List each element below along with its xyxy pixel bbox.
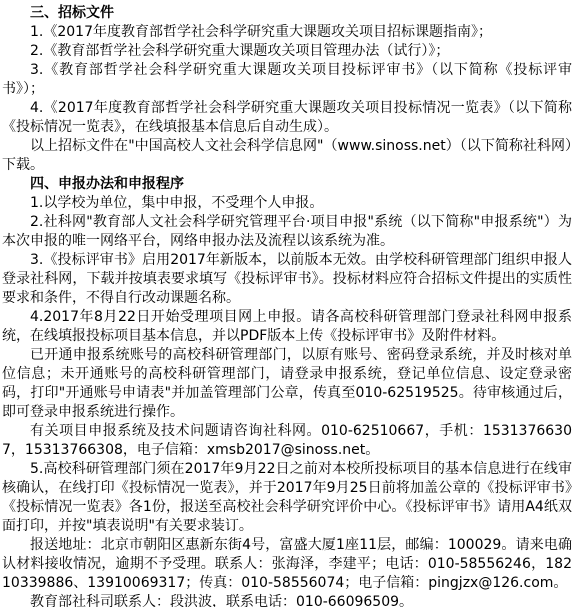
section-heading: 四、申报办法和申报程序 [2,175,572,194]
paragraph: 报送地址：北京市朝阳区惠新东街4号，富盛大厦1座11层，邮编：100029。请来… [2,536,572,593]
paragraph: 有关项目申报系统及技术问题请咨询社科网。010-62510667，手机：1531… [2,422,572,460]
paragraph: 教育部社科司联系人：段洪波，联系电话：010-66096509。 [2,593,572,607]
paragraph: 4.2017年8月22日开始受理项目网上申报。请各高校科研管理部门登录社科网申报… [2,308,572,346]
paragraph: 4.《2017年度教育部哲学社会科学研究重大课题攻关项目投标情况一览表》（以下简… [2,99,572,137]
paragraph: 以上招标文件在"中国高校人文社会科学信息网"（www.sinoss.net）（以… [2,137,572,175]
paragraph: 1.以学校为单位，集中申报，不受理个人申报。 [2,194,572,213]
paragraph: 已开通申报系统账号的高校科研管理部门，以原有账号、密码登录系统，并及时核对单位信… [2,346,572,422]
paragraph: 2.《教育部哲学社会科学研究重大课题攻关项目管理办法（试行）》； [2,42,572,61]
paragraph: 2.社科网"教育部人文社会科学研究管理平台·项目申报"系统（以下简称"申报系统"… [2,213,572,251]
paragraph: 3.《投标评审书》启用2017年新版本，以前版本无效。由学校科研管理部门组织申报… [2,251,572,308]
paragraph: 1.《2017年度教育部哲学社会科学研究重大课题攻关项目招标课题指南》； [2,23,572,42]
paragraph: 5.高校科研管理部门须在2017年9月22日之前对本校所投标项目的基本信息进行在… [2,460,572,536]
document-body: 三、招标文件1.《2017年度教育部哲学社会科学研究重大课题攻关项目招标课题指南… [2,4,572,607]
document-page: 三、招标文件1.《2017年度教育部哲学社会科学研究重大课题攻关项目招标课题指南… [0,0,575,607]
section-heading: 三、招标文件 [2,4,572,23]
paragraph: 3.《教育部哲学社会科学研究重大课题攻关项目投标评审书》（以下简称《投标评审书》… [2,61,572,99]
